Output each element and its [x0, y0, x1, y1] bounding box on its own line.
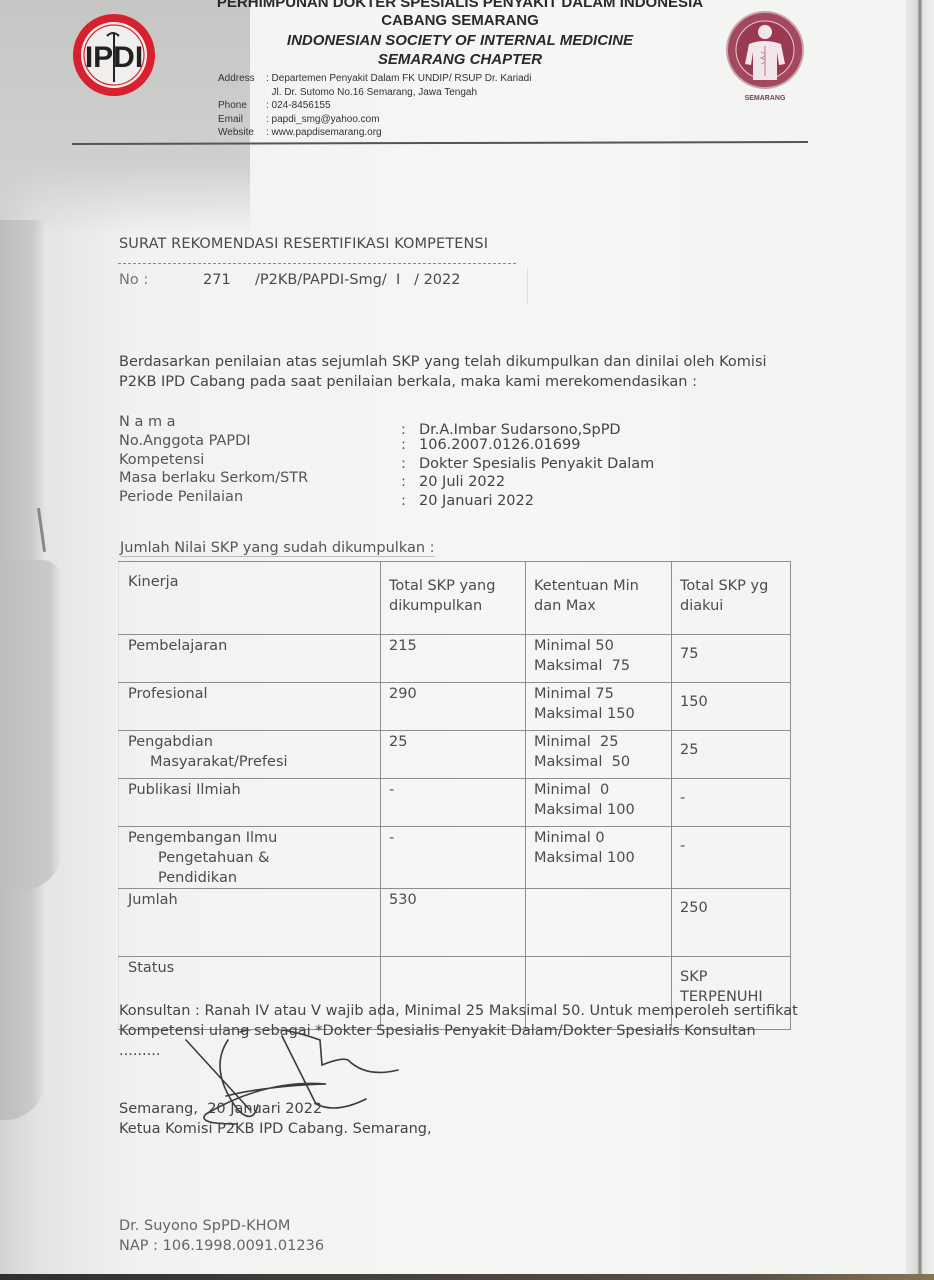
table-row: PengabdianMasyarakat/Prefesi 25 Minimal …: [119, 731, 791, 779]
total-rule: [526, 889, 672, 957]
document-number: No :271/P2KB/PAPDI-Smg/ I / 2022: [119, 272, 461, 288]
kinerja-cell: Pembelajaran: [119, 635, 381, 683]
place-date: Semarang, 20 Januari 2022: [119, 1099, 432, 1119]
recognized-cell: -: [672, 779, 791, 827]
table-row: Pembelajaran 215 Minimal 50Maksimal 75 7…: [119, 635, 791, 683]
table-header-row: Kinerja Total SKP yang dikumpulkan Keten…: [119, 562, 791, 635]
document-body: SURAT REKOMENDASI RESERTIFIKASI KOMPETEN…: [0, 0, 934, 1280]
title-divider: [118, 263, 516, 264]
column-header: Total SKP yg diakui: [672, 562, 791, 635]
signer-position: Ketua Komisi P2KB IPD Cabang. Semarang,: [119, 1119, 432, 1139]
identity-value: 20 Januari 2022: [419, 492, 534, 511]
recognized-cell: 25: [672, 731, 791, 779]
number-value: 271: [203, 272, 255, 288]
identity-label: N a m a: [119, 413, 401, 432]
total-recognized: 250: [672, 889, 791, 957]
table-row: Profesional 290 Minimal 75Maksimal 150 1…: [119, 683, 791, 731]
signer-block: Dr. Suyono SpPD-KHOM NAP : 106.1998.0091…: [119, 1216, 324, 1256]
document-title: SURAT REKOMENDASI RESERTIFIKASI KOMPETEN…: [119, 236, 488, 252]
identity-colon: :: [401, 492, 419, 511]
identity-block: N a m a : Dr.A.Imbar Sudarsono,SpPD No.A…: [119, 413, 719, 507]
table-row: Publikasi Ilmiah - Minimal 0Maksimal 100…: [119, 779, 791, 827]
rule-cell: Minimal 0Maksimal 100: [526, 779, 672, 827]
rule-cell: Minimal 0Maksimal 100: [526, 827, 672, 889]
rule-cell: Minimal 75Maksimal 150: [526, 683, 672, 731]
column-header: Ketentuan Min dan Max: [526, 562, 672, 635]
identity-label: Kompetensi: [119, 451, 401, 470]
table-total-row: Jumlah 530 250: [119, 889, 791, 957]
kinerja-cell: Pengembangan IlmuPengetahuan &Pendidikan: [119, 827, 381, 889]
rule-cell: Minimal 25Maksimal 50: [526, 731, 672, 779]
recognized-cell: 150: [672, 683, 791, 731]
signer-nap: NAP : 106.1998.0091.01236: [119, 1236, 324, 1256]
identity-value: 106.2007.0126.01699: [419, 436, 580, 455]
identity-value: 20 Juli 2022: [419, 473, 505, 492]
collected-cell: 25: [381, 731, 526, 779]
kinerja-cell: PengabdianMasyarakat/Prefesi: [119, 731, 381, 779]
column-header: Kinerja: [119, 562, 381, 635]
table-row: Pengembangan IlmuPengetahuan &Pendidikan…: [119, 827, 791, 889]
signer-name: Dr. Suyono SpPD-KHOM: [119, 1216, 324, 1236]
signature-block: Semarang, 20 Januari 2022 Ketua Komisi P…: [119, 1099, 432, 1139]
identity-colon: :: [401, 436, 419, 455]
collected-cell: 215: [381, 635, 526, 683]
identity-value: Dokter Spesialis Penyakit Dalam: [419, 455, 654, 474]
skp-summary-label: Jumlah Nilai SKP yang sudah dikumpulkan …: [120, 540, 435, 556]
collected-cell: 290: [381, 683, 526, 731]
identity-label: No.Anggota PAPDI: [119, 432, 401, 451]
skp-table: Kinerja Total SKP yang dikumpulkan Keten…: [118, 561, 790, 1030]
total-label: Jumlah: [119, 889, 381, 957]
kinerja-cell: Publikasi Ilmiah: [119, 779, 381, 827]
identity-label: Masa berlaku Serkom/STR: [119, 469, 401, 488]
recognized-cell: 75: [672, 635, 791, 683]
total-collected: 530: [381, 889, 526, 957]
intro-paragraph: Berdasarkan penilaian atas sejumlah SKP …: [119, 352, 799, 392]
kinerja-cell: Profesional: [119, 683, 381, 731]
identity-label: Periode Penilaian: [119, 488, 401, 507]
collected-cell: -: [381, 827, 526, 889]
identity-colon: :: [401, 455, 419, 474]
number-label: No :: [119, 272, 203, 288]
recognized-cell: -: [672, 827, 791, 889]
collected-cell: -: [381, 779, 526, 827]
rule-cell: Minimal 50Maksimal 75: [526, 635, 672, 683]
identity-colon: :: [401, 473, 419, 492]
column-header: Total SKP yang dikumpulkan: [381, 562, 526, 635]
margin-line: [527, 268, 528, 304]
number-suffix: /P2KB/PAPDI-Smg/ I / 2022: [255, 272, 461, 288]
identity-row: N a m a : Dr.A.Imbar Sudarsono,SpPD: [119, 413, 719, 432]
